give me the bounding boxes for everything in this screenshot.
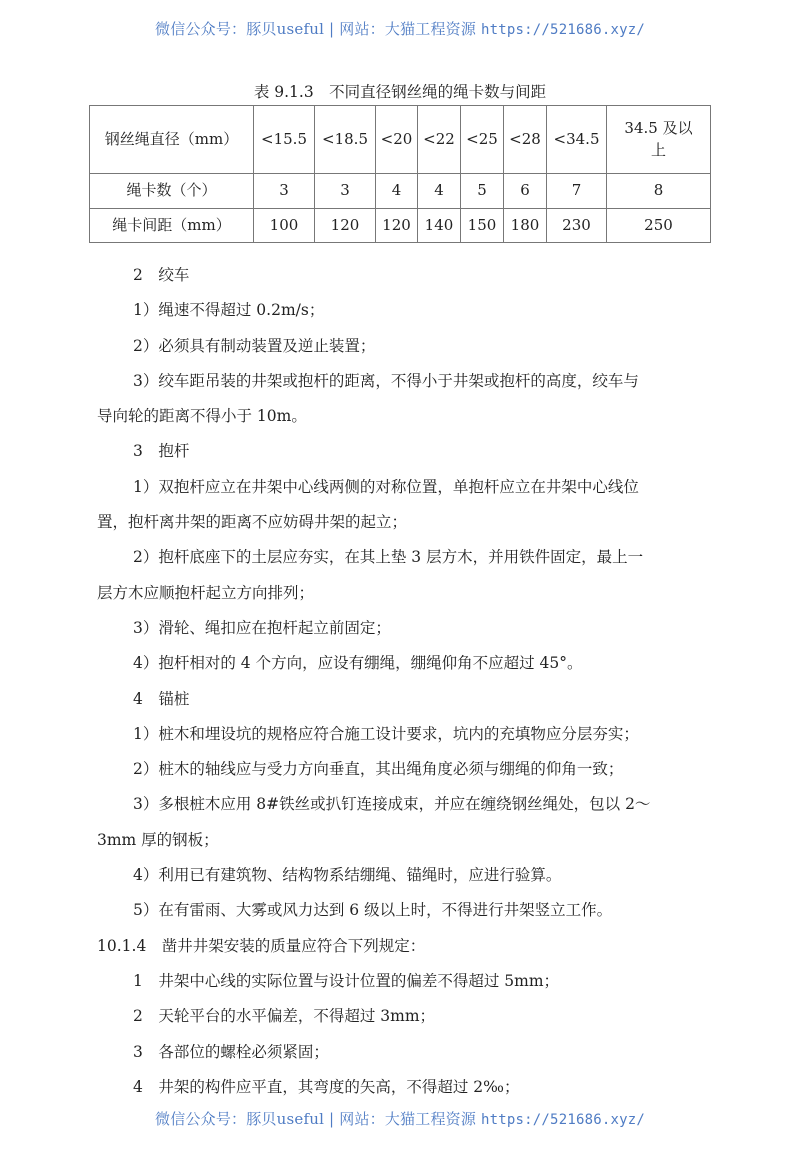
table-cell: 4 xyxy=(376,174,418,209)
text-line: 2）抱杆底座下的土层应夯实，在其上垫 3 层方木，并用铁件固定，最上一 xyxy=(97,540,713,575)
table-cell: 250 xyxy=(607,209,711,243)
text-line: 10.1.4 凿井井架安装的质量应符合下列规定： xyxy=(97,929,713,964)
text-line: 3 抱杆 xyxy=(97,434,713,469)
table-cell: 120 xyxy=(315,209,376,243)
text-line: 3）滑轮、绳扣应在抱杆起立前固定； xyxy=(97,611,713,646)
table-cell: 150 xyxy=(461,209,504,243)
table-cell: 180 xyxy=(504,209,547,243)
table-cell: 3 xyxy=(315,174,376,209)
text-line: 3）绞车距吊装的井架或抱杆的距离，不得小于井架或抱杆的高度，绞车与 xyxy=(97,364,713,399)
table-cell: 100 xyxy=(254,209,315,243)
table-cell: 5 xyxy=(461,174,504,209)
table-cell: 140 xyxy=(418,209,461,243)
text-line: 3 各部位的螺栓必须紧固； xyxy=(97,1035,713,1070)
text-line: 5）在有雷雨、大雾或风力达到 6 级以上时，不得进行井架竖立工作。 xyxy=(97,893,713,928)
text-line: 1 井架中心线的实际位置与设计位置的偏差不得超过 5mm； xyxy=(97,964,713,999)
table-cell: <18.5 xyxy=(315,106,376,174)
table-header-cell: 绳卡数（个） xyxy=(90,174,254,209)
header-watermark: 微信公众号：豚贝useful | 网站：大猫工程资源 https://52168… xyxy=(0,18,800,39)
text-line: 1）桩木和埋设坑的规格应符合施工设计要求，坑内的充填物应分层夯实； xyxy=(97,717,713,752)
text-line: 2）必须具有制动装置及逆止装置； xyxy=(97,329,713,364)
wire-rope-clamp-table: 钢丝绳直径（mm） <15.5 <18.5 <20 <22 <25 <28 <3… xyxy=(89,105,711,243)
table-cell: <20 xyxy=(376,106,418,174)
text-line: 1）绳速不得超过 0.2m/s； xyxy=(97,293,713,328)
text-line: 4）利用已有建筑物、结构物系结绷绳、锚绳时，应进行验算。 xyxy=(97,858,713,893)
watermark-text: 微信公众号：豚贝useful | 网站：大猫工程资源 xyxy=(155,1110,481,1128)
table-cell: 230 xyxy=(547,209,607,243)
document-body: 2 绞车 1）绳速不得超过 0.2m/s； 2）必须具有制动装置及逆止装置； 3… xyxy=(97,258,713,1105)
table-cell: 6 xyxy=(504,174,547,209)
table-cell: 4 xyxy=(418,174,461,209)
text-line: 导向轮的距离不得小于 10m。 xyxy=(97,399,713,434)
text-line: 层方木应顺抱杆起立方向排列； xyxy=(97,576,713,611)
table-row-clamp-count: 绳卡数（个） 3 3 4 4 5 6 7 8 xyxy=(90,174,711,209)
text-line: 2 绞车 xyxy=(97,258,713,293)
text-line: 3）多根桩木应用 8#铁丝或扒钉连接成束，并应在缠绕钢丝绳处，包以 2～ xyxy=(97,787,713,822)
table-cell: <28 xyxy=(504,106,547,174)
table-cell: <22 xyxy=(418,106,461,174)
table-cell: <25 xyxy=(461,106,504,174)
table-header-cell: 钢丝绳直径（mm） xyxy=(90,106,254,174)
table-cell: 120 xyxy=(376,209,418,243)
table-cell: <15.5 xyxy=(254,106,315,174)
table-header-cell: 绳卡间距（mm） xyxy=(90,209,254,243)
text-line: 2）桩木的轴线应与受力方向垂直，其出绳角度必须与绷绳的仰角一致； xyxy=(97,752,713,787)
table-cell: 8 xyxy=(607,174,711,209)
text-line: 2 天轮平台的水平偏差，不得超过 3mm； xyxy=(97,999,713,1034)
footer-watermark: 微信公众号：豚贝useful | 网站：大猫工程资源 https://52168… xyxy=(0,1108,800,1129)
text-line: 4）抱杆相对的 4 个方向，应设有绷绳，绷绳仰角不应超过 45°。 xyxy=(97,646,713,681)
table-cell: 34.5 及以上 xyxy=(607,106,711,174)
text-line: 1）双抱杆应立在井架中心线两侧的对称位置，单抱杆应立在井架中心线位 xyxy=(97,470,713,505)
table-row-diameter: 钢丝绳直径（mm） <15.5 <18.5 <20 <22 <25 <28 <3… xyxy=(90,106,711,174)
text-line: 置，抱杆离井架的距离不应妨碍井架的起立； xyxy=(97,505,713,540)
table-row-clamp-spacing: 绳卡间距（mm） 100 120 120 140 150 180 230 250 xyxy=(90,209,711,243)
watermark-text: 微信公众号：豚贝useful | 网站：大猫工程资源 xyxy=(155,20,481,38)
table-cell: 3 xyxy=(254,174,315,209)
text-line: 4 锚桩 xyxy=(97,682,713,717)
watermark-url[interactable]: https://521686.xyz/ xyxy=(481,1112,645,1128)
table-cell: 7 xyxy=(547,174,607,209)
text-line: 4 井架的构件应平直，其弯度的矢高，不得超过 2‰； xyxy=(97,1070,713,1105)
watermark-url[interactable]: https://521686.xyz/ xyxy=(481,22,645,38)
table-cell: <34.5 xyxy=(547,106,607,174)
text-line: 3mm 厚的钢板； xyxy=(97,823,713,858)
table-caption: 表 9.1.3 不同直径钢丝绳的绳卡数与间距 xyxy=(0,80,800,102)
